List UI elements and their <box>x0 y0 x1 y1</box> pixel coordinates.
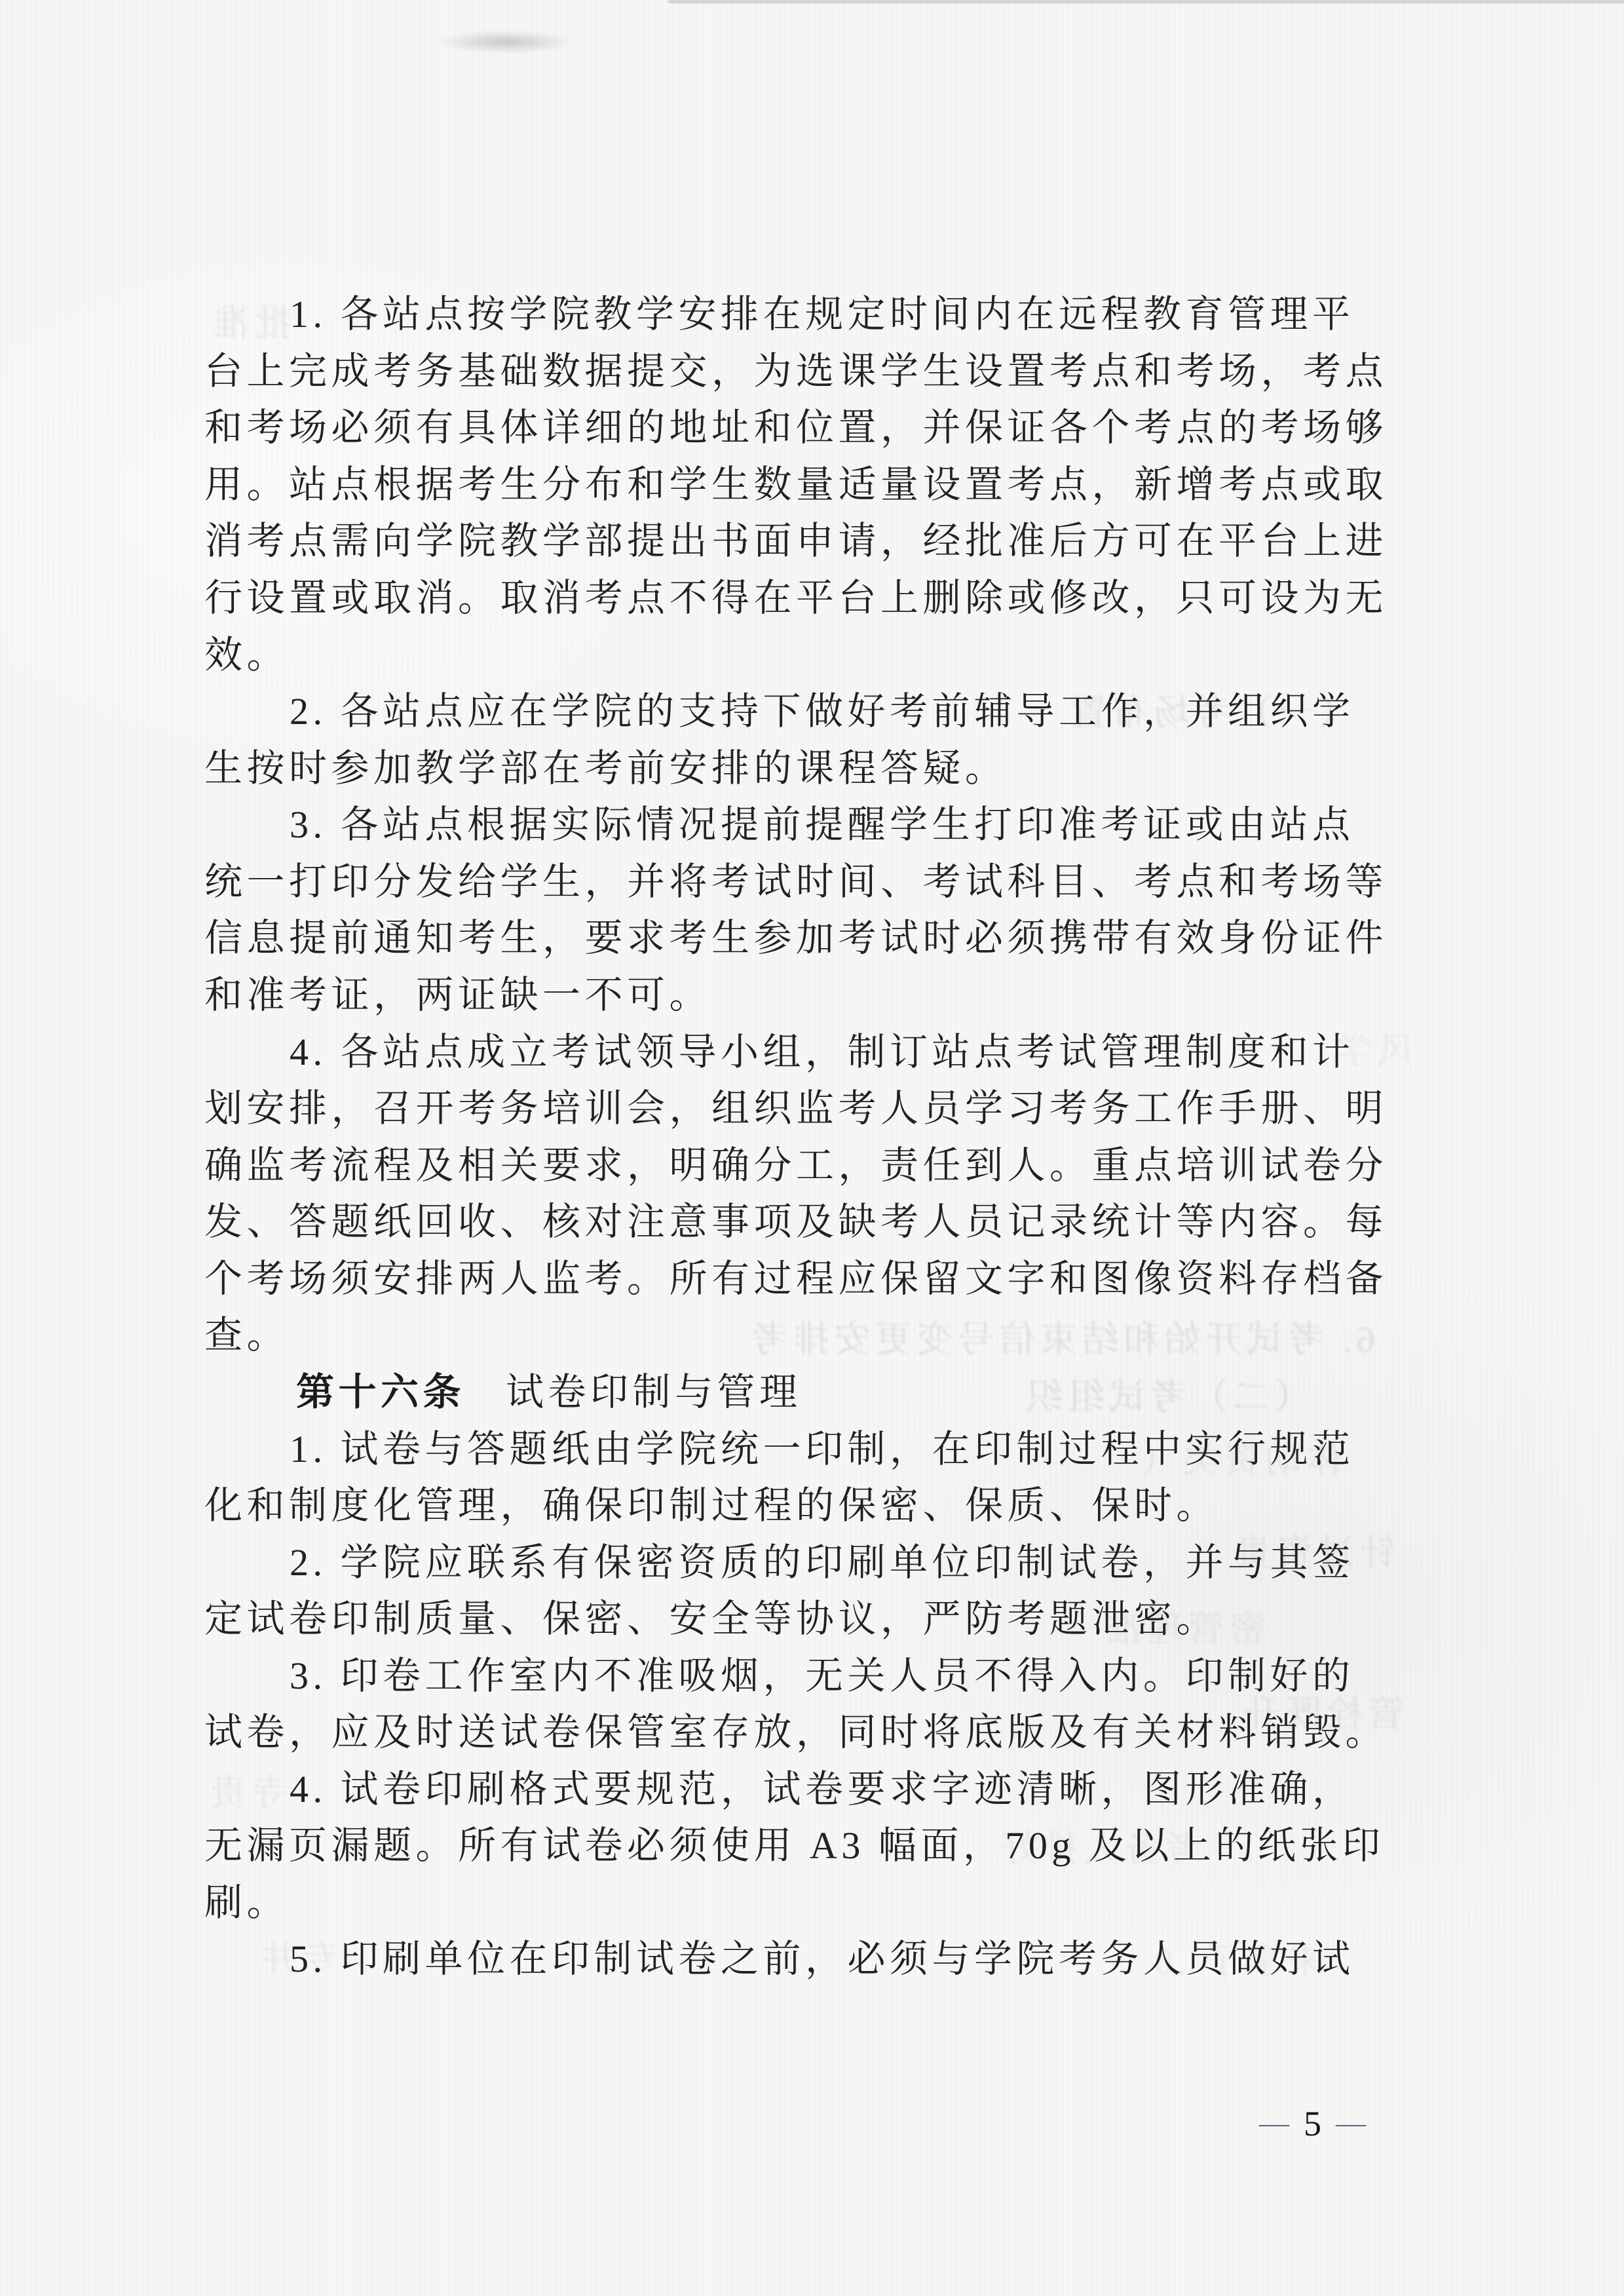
body-line: 1. 试卷与答题纸由学院统一印制，在印制过程中实行规范 <box>290 1430 1355 1469</box>
body-line: 4. 试卷印刷格式要规范，试卷要求字迹清晰，图形准确， <box>290 1770 1355 1809</box>
body-line: 统一打印分发给学生，并将考试时间、考试科目、考点和考场等 <box>204 862 1388 902</box>
body-line: 用。站点根据考生分布和学生数量适量设置考点，新增考点或取 <box>204 465 1388 505</box>
body-line: 个考场须安排两人监考。所有过程应保留文字和图像资料存档备 <box>204 1259 1388 1299</box>
body-line: 查。 <box>204 1316 289 1355</box>
body-line: 效。 <box>204 636 289 675</box>
bleedthrough-text: 寺贵 <box>206 1764 288 1816</box>
scan-smudge <box>438 30 575 54</box>
body-line: 划安排，召开考务培训会，组织监考人员学习考务工作手册、明 <box>204 1089 1388 1128</box>
bleedthrough-text: 6. 考试开始和结束信号变更安排考 <box>747 1311 1375 1363</box>
body-line: 化和制度化管理，确保印制过程的保密、保质、保时。 <box>204 1486 1218 1525</box>
scanned-document-page: 批准 （一）考场布置 风学 6. 考试开始和结束信号变更安排考 （二）考试组织 … <box>0 0 1624 2296</box>
body-line: 定试卷印制质量、保密、安全等协议，严防考题泄密。 <box>204 1599 1218 1639</box>
bleedthrough-text: （二）考试组织 <box>1022 1368 1311 1421</box>
body-line: 信息提前通知考生，要求考生参加考试时必须携带有效身份证件 <box>204 919 1388 958</box>
section-heading: 第十六条试卷印制与管理 <box>296 1373 802 1412</box>
body-line: 台上完成考务基础数据提交，为选课学生设置考点和考场，考点 <box>204 352 1388 391</box>
page-number-dash-left: — <box>1259 2111 1289 2137</box>
body-line: 刷。 <box>204 1883 289 1923</box>
body-line: 和准考证，两证缺一不可。 <box>204 976 711 1015</box>
body-line: 3. 印卷工作室内不准吸烟，无关人员不得入内。印制好的 <box>290 1656 1355 1696</box>
body-line: 发、答题纸回收、核对注意事项及缺考人员记录统计等内容。每 <box>204 1202 1388 1242</box>
bleedthrough-text: 批准 <box>208 295 291 347</box>
body-line: 5. 印刷单位在印制试卷之前，必须与学院考务人员做好试 <box>290 1940 1355 1979</box>
body-line: 2. 学院应联系有保密资质的印刷单位印制试卷，并与其签 <box>290 1543 1355 1582</box>
section-heading-title: 试卷印制与管理 <box>506 1371 802 1413</box>
body-line: 消考点需向学院教学部提出书面申请，经批准后方可在平台上进 <box>204 522 1388 561</box>
body-line: 2. 各站点应在学院的支持下做好考前辅导工作，并组织学 <box>290 692 1355 731</box>
page-number: — 5 — <box>1259 2103 1366 2144</box>
body-line: 1. 各站点按学院教学安排在规定时间内在远程教育管理平 <box>290 295 1355 334</box>
body-line: 确监考流程及相关要求，明确分工，责任到人。重点培训试卷分 <box>204 1146 1388 1185</box>
section-heading-number: 第十六条 <box>296 1371 465 1413</box>
body-line: 无漏页漏题。所有试卷必须使用 A3 幅面，70g 及以上的纸张印 <box>204 1826 1384 1865</box>
scan-top-edge-shadow <box>668 0 1624 3</box>
body-line: 4. 各站点成立考试领导小组，制订站点考试管理制度和计 <box>290 1033 1355 1072</box>
page-number-value: 5 <box>1304 2103 1321 2144</box>
page-number-dash-right: — <box>1336 2111 1366 2137</box>
body-line: 试卷，应及时送试卷保管室存放，同时将底版及有关材料销毁。 <box>204 1713 1388 1752</box>
body-line: 行设置或取消。取消考点不得在平台上删除或修改，只可设为无 <box>204 579 1388 618</box>
body-line: 和考场必须有具体详细的地址和位置，并保证各个考点的考场够 <box>204 408 1388 448</box>
body-line: 生按时参加教学部在考前安排的课程答疑。 <box>204 749 1008 788</box>
body-line: 3. 各站点根据实际情况提前提醒学生打印准考证或由站点 <box>290 805 1355 845</box>
